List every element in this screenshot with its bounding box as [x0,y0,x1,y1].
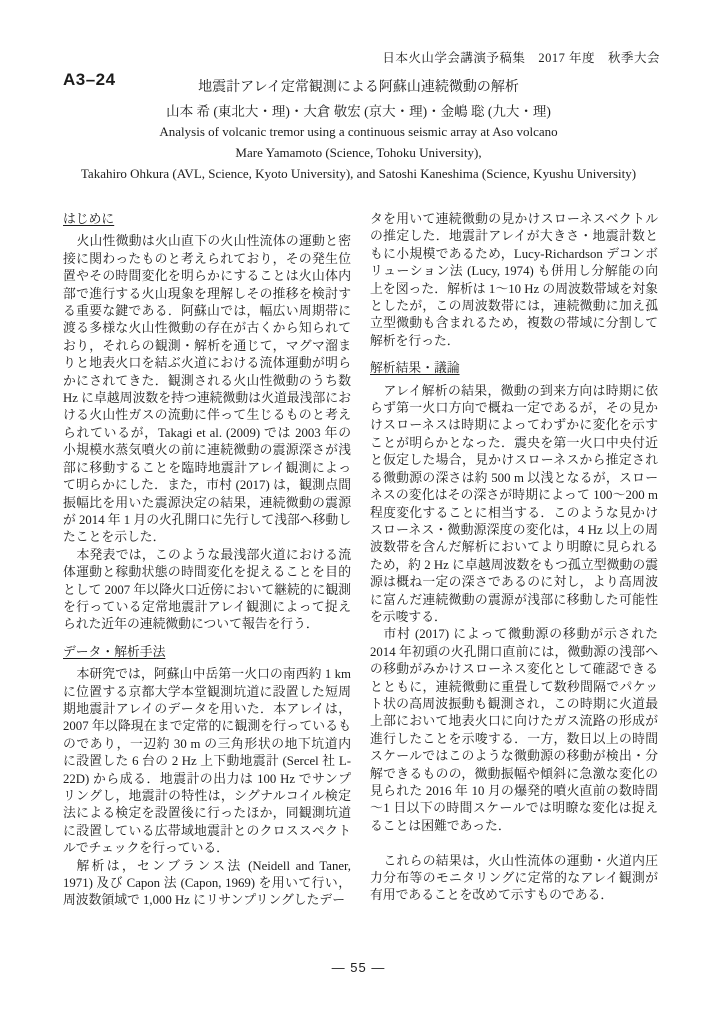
paragraph-methods-2: 解析は，センブランス法 (Neidell and Taner, 1971) 及び… [63,858,351,910]
paragraph-methods-2-continued: タを用いて連続微動の見かけスローネスベクトルの推定した．地震計アレイが大きさ・地… [370,211,658,350]
conference-header: 日本火山学会講演予稿集 2017 年度 秋季大会 [382,48,660,66]
page-number: ― 55 ― [0,960,717,975]
section-heading-methods: データ・解析手法 [63,644,351,661]
paragraph-conclusion: これらの結果は，火山性流体の運動・火道内圧力分布等のモニタリングに定常的なアレイ… [370,853,658,905]
left-column: はじめに 火山性微動は火山直下の火山性流体の運動と密接に関わったものと考えられて… [63,211,351,910]
paragraph-results-1: アレイ解析の結果，微動の到来方向は時期に依らず第一火口方向で概ね一定であるが，そ… [370,383,658,627]
section-heading-introduction: はじめに [63,211,351,228]
paper-page: 日本火山学会講演予稿集 2017 年度 秋季大会 A3–24 地震計アレイ定常観… [0,0,717,1012]
paper-authors-en-line2: Takahiro Ohkura (AVL, Science, Kyoto Uni… [0,166,717,182]
paper-title-ja: 地震計アレイ定常観測による阿蘇山連続微動の解析 [0,76,717,96]
paper-authors-ja: 山本 希 (東北大・理)・大倉 敬宏 (京大・理)・金嶋 聡 (九大・理) [0,100,717,120]
paper-authors-en-line1: Mare Yamamoto (Science, Tohoku Universit… [0,145,717,161]
section-heading-results: 解析結果・議論 [370,360,658,377]
paragraph-intro-2: 本発表では，このような最浅部火道における流体運動と稼動状態の時間変化を捉えること… [63,547,351,634]
paragraph-results-2: 市村 (2017) によって微動源の移動が示された 2014 年初頭の火孔開口直… [370,626,658,835]
paper-title-en: Analysis of volcanic tremor using a cont… [0,124,717,140]
right-column: タを用いて連続微動の見かけスローネスベクトルの推定した．地震計アレイが大きさ・地… [370,211,658,910]
paragraph-intro-1: 火山性微動は火山直下の火山性流体の運動と密接に関わったものと考えられており，その… [63,233,351,546]
abstract-body: はじめに 火山性微動は火山直下の火山性流体の運動と密接に関わったものと考えられて… [63,211,659,910]
paragraph-methods-1: 本研究では，阿蘇山中岳第一火口の南西約 1 km に位置する京都大学本堂観測坑道… [63,666,351,857]
